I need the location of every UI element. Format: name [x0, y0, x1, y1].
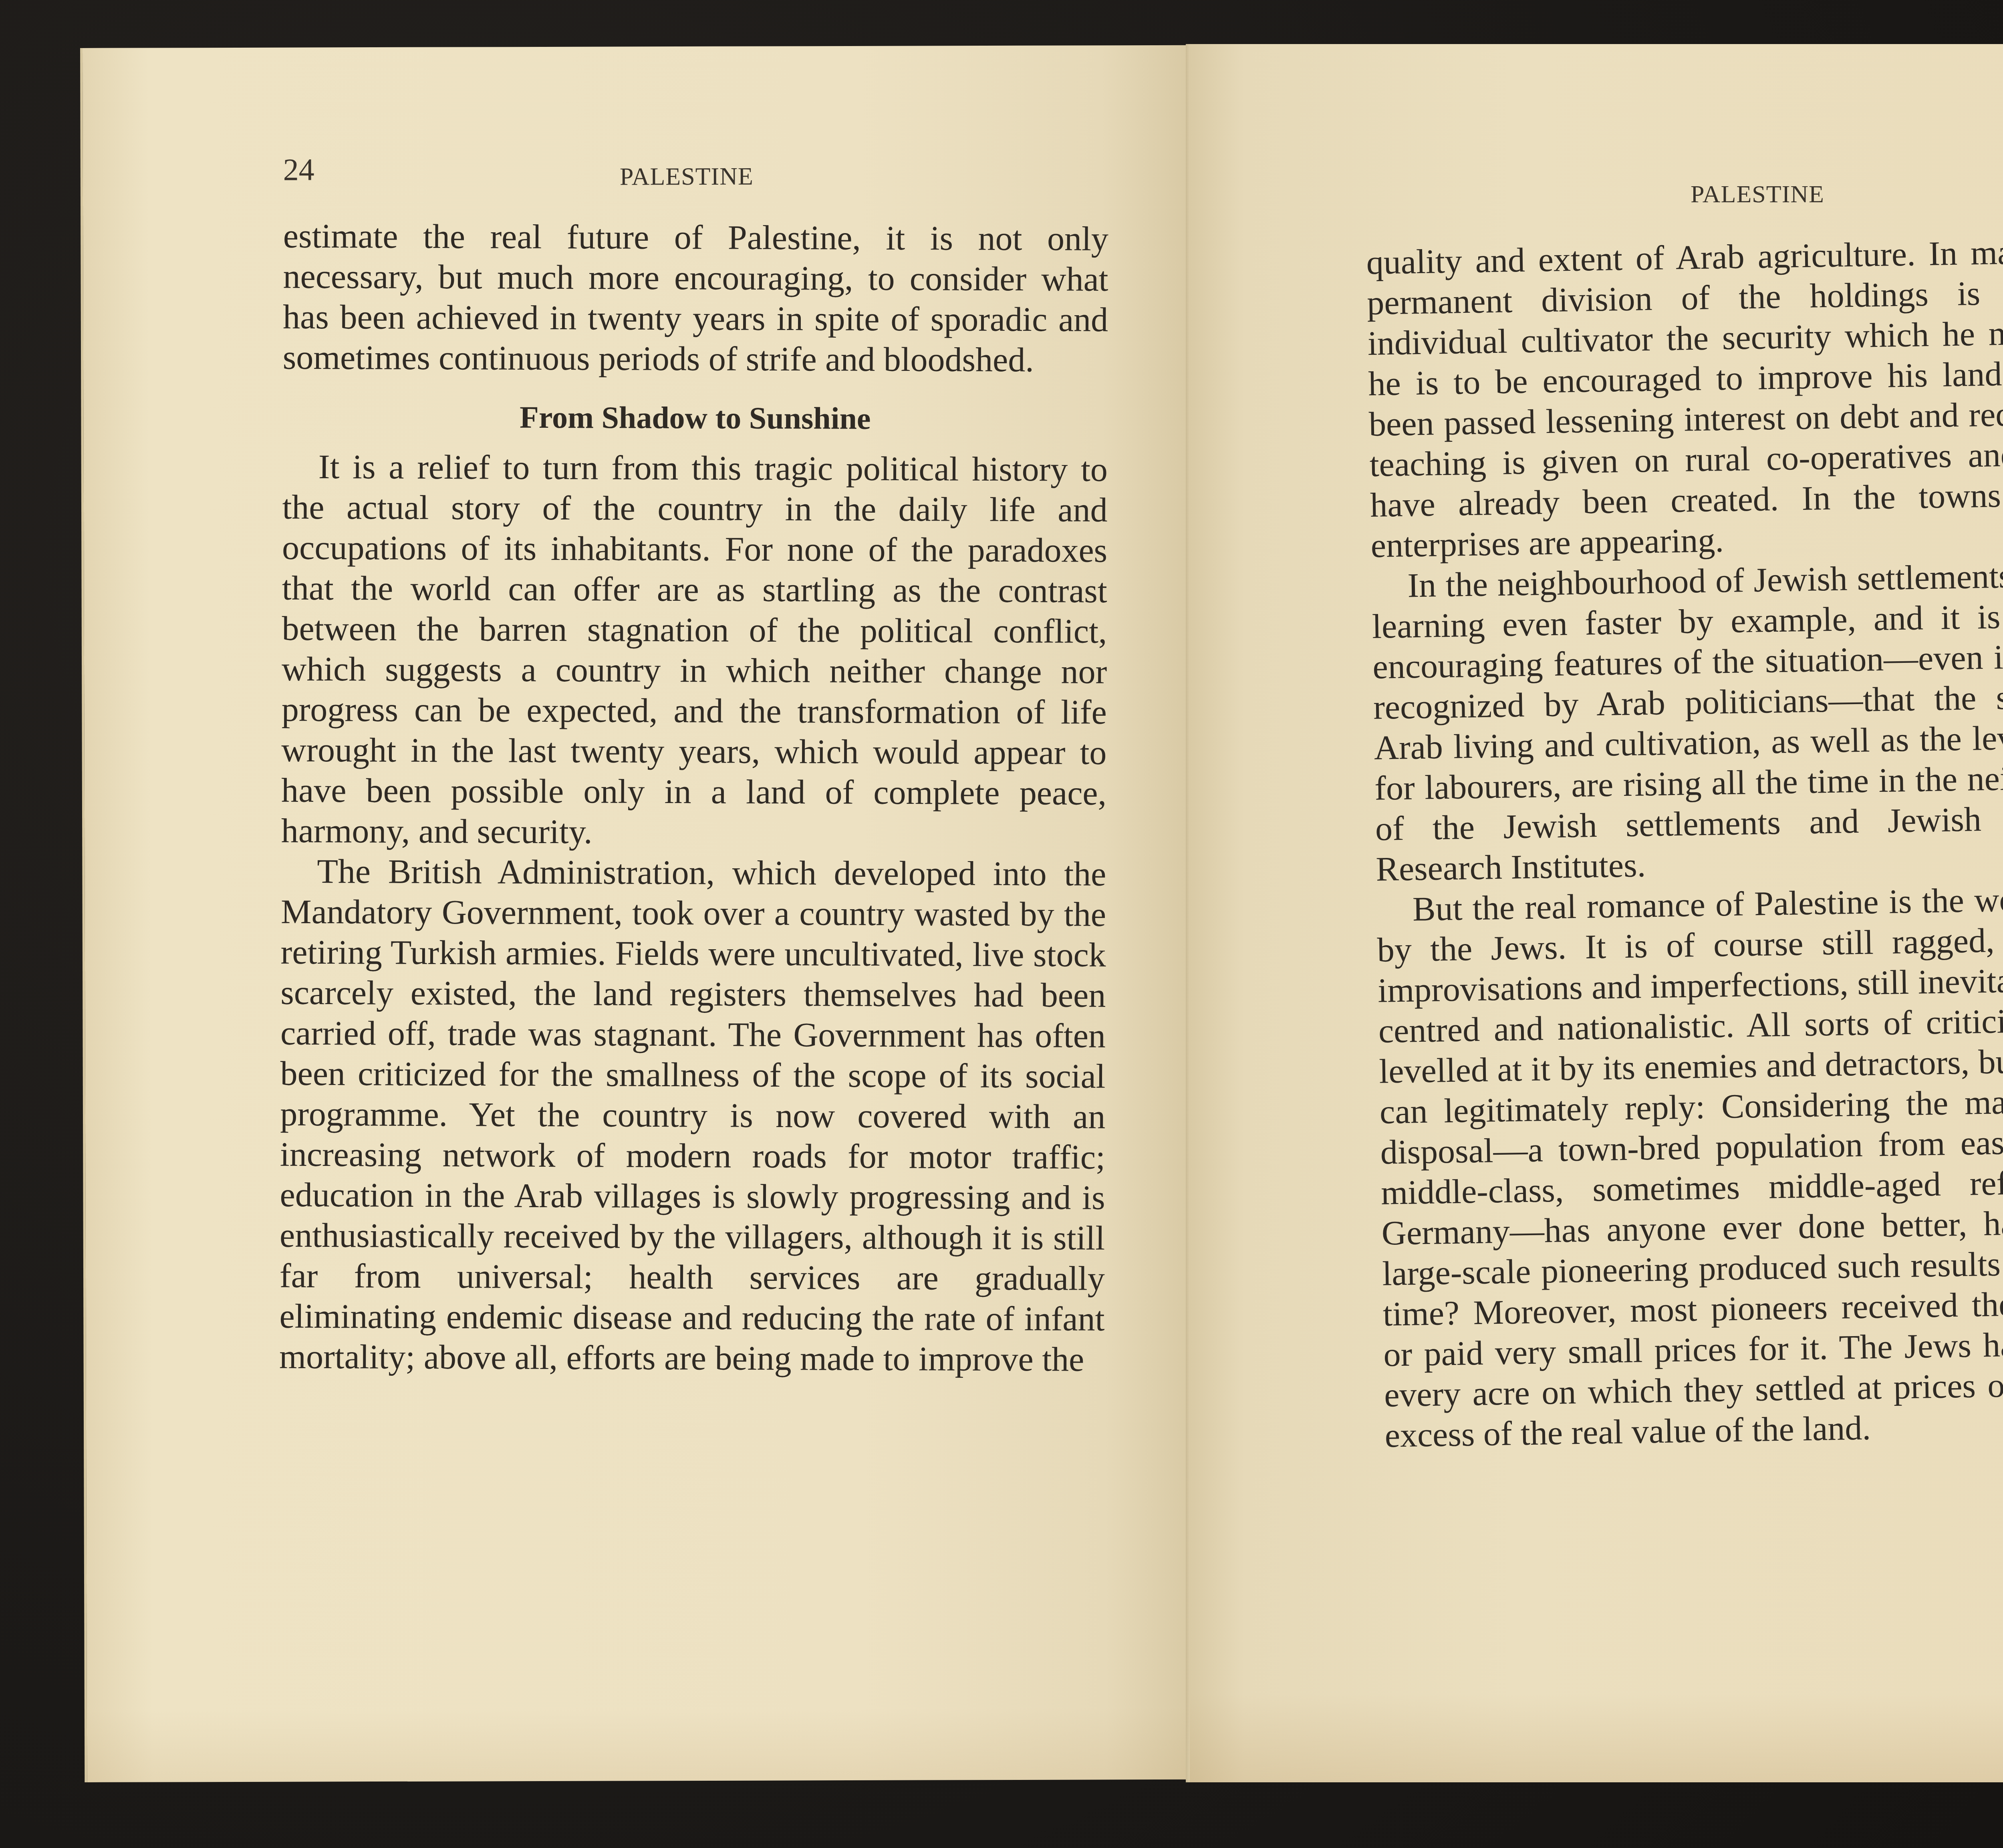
running-header-right: PALESTINE [1691, 180, 1824, 209]
paragraph: But the real romance of Palestine is the… [1376, 877, 2003, 1455]
paragraph: The British Administration, which develo… [279, 851, 1106, 1380]
right-page-body: quality and extent of Arab agriculture. … [1366, 230, 2003, 1456]
right-page: PALESTINE 25 quality and extent of Arab … [1190, 44, 2003, 1782]
paragraph: It is a relief to turn from this tragic … [281, 447, 1108, 854]
paragraph-continuation: estimate the real future of Palestine, i… [283, 216, 1108, 380]
left-page-body: estimate the real future of Palestine, i… [279, 216, 1108, 1380]
section-heading: From Shadow to Sunshine [282, 395, 1108, 441]
paragraph: In the neighbourhood of Jewish settlemen… [1371, 553, 2003, 889]
left-page: 24 PALESTINE estimate the real future of… [80, 45, 1194, 1782]
open-booklet: 24 PALESTINE estimate the real future of… [76, 44, 2003, 1822]
paragraph-continuation: quality and extent of Arab agriculture. … [1366, 230, 2003, 566]
page-number-left: 24 [283, 151, 314, 187]
running-header-left: PALESTINE [620, 163, 754, 191]
